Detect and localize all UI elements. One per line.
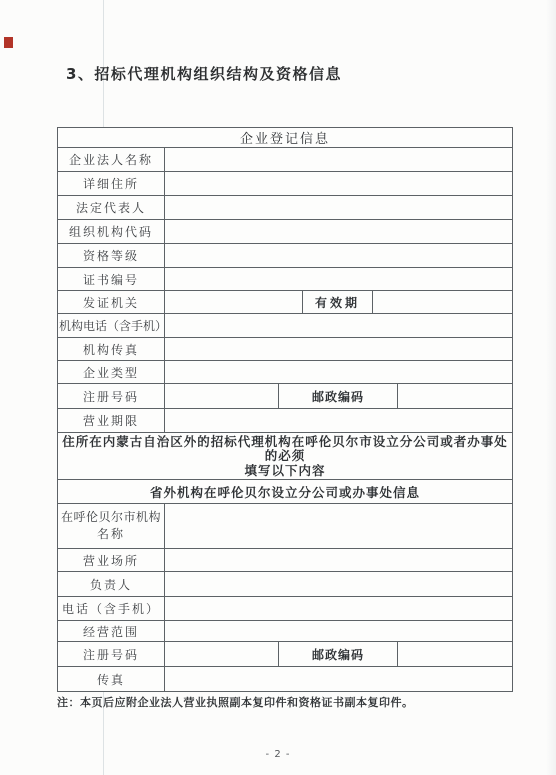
scan-edge-shadow <box>546 0 556 775</box>
row-institution-phone: 机构电话（含手机） <box>58 314 512 338</box>
field-value-validity-period <box>373 291 512 313</box>
field-value-person-in-charge <box>165 572 512 596</box>
field-value-issuing-authority <box>165 291 303 313</box>
field-label-branch-phone: 电话（含手机） <box>58 597 165 620</box>
row-certificate-number: 证书编号 <box>58 268 512 291</box>
row-legal-representative: 法定代表人 <box>58 196 512 220</box>
field-label-certificate-number: 证书编号 <box>58 268 165 290</box>
row-institution-fax: 机构传真 <box>58 338 512 361</box>
field-value-enterprise-type <box>165 361 512 383</box>
attachment-footnote: 注：本页后应附企业法人营业执照副本复印件和资格证书副本复印件。 <box>57 694 517 710</box>
field-label-qualification-level: 资格等级 <box>58 244 165 267</box>
row-business-term: 营业期限 <box>58 409 512 433</box>
row-person-in-charge: 负责人 <box>58 572 512 597</box>
branch-requirement-note-line1: 住所在内蒙古自治区外的招标代理机构在呼伦贝尔市设立分公司或者办事处的必须 <box>62 435 508 464</box>
row-branch-fax: 传真 <box>58 667 512 691</box>
section-title: 3、招标代理机构组织结构及资格信息 <box>66 63 342 84</box>
table-header-branch-info-text: 省外机构在呼伦贝尔设立分公司或办事处信息 <box>150 483 420 501</box>
field-label-postal-code: 邮政编码 <box>279 384 398 408</box>
scanned-form-page: 3、招标代理机构组织结构及资格信息 企业登记信息 企业法人名称 详细住所 法定代… <box>0 0 556 775</box>
branch-requirement-note-line2: 填写以下内容 <box>244 464 325 478</box>
row-branch-requirement-note: 住所在内蒙古自治区外的招标代理机构在呼伦贝尔市设立分公司或者办事处的必须 填写以… <box>58 433 512 480</box>
field-value-branch-name <box>165 504 512 548</box>
field-label-branch-name-line1: 在呼伦贝尔市机构 <box>61 511 161 524</box>
row-organization-code: 组织机构代码 <box>58 220 512 244</box>
table-header-enterprise-registration: 企业登记信息 <box>58 128 512 148</box>
field-value-institution-phone <box>165 314 512 337</box>
field-value-detailed-address <box>165 172 512 195</box>
field-value-legal-representative <box>165 196 512 219</box>
row-detailed-address: 详细住所 <box>58 172 512 196</box>
field-label-issuing-authority: 发证机关 <box>58 291 165 313</box>
field-label-branch-registration-number: 注册号码 <box>58 642 165 666</box>
field-label-validity-period: 有效期 <box>303 291 373 313</box>
field-label-institution-phone: 机构电话（含手机） <box>58 314 165 337</box>
field-label-detailed-address: 详细住所 <box>58 172 165 195</box>
field-label-organization-code: 组织机构代码 <box>58 220 165 243</box>
row-business-scope: 经营范围 <box>58 621 512 642</box>
field-value-postal-code <box>398 384 512 408</box>
field-label-branch-postal-code: 邮政编码 <box>279 642 398 666</box>
table-header-text: 企业登记信息 <box>240 128 330 147</box>
row-branch-name: 在呼伦贝尔市机构 名称 <box>58 504 512 549</box>
field-label-legal-representative: 法定代表人 <box>58 196 165 219</box>
field-value-institution-fax <box>165 338 512 360</box>
field-value-business-scope <box>165 621 512 641</box>
row-registration-number-postal-code: 注册号码 邮政编码 <box>58 384 512 409</box>
field-value-branch-registration-number <box>165 642 279 666</box>
field-value-organization-code <box>165 220 512 243</box>
field-label-branch-name-line2: 名称 <box>97 528 125 541</box>
field-value-qualification-level <box>165 244 512 267</box>
field-label-registration-number: 注册号码 <box>58 384 165 408</box>
branch-requirement-note: 住所在内蒙古自治区外的招标代理机构在呼伦贝尔市设立分公司或者办事处的必须 填写以… <box>58 433 512 479</box>
field-label-business-scope: 经营范围 <box>58 621 165 641</box>
field-label-person-in-charge: 负责人 <box>58 572 165 596</box>
row-qualification-level: 资格等级 <box>58 244 512 268</box>
row-legal-person-name: 企业法人名称 <box>58 148 512 172</box>
field-label-business-term: 营业期限 <box>58 409 165 432</box>
field-label-business-premises: 营业场所 <box>58 549 165 571</box>
field-label-branch-fax: 传真 <box>58 667 165 691</box>
scan-artifact-red-mark <box>4 37 13 48</box>
field-label-enterprise-type: 企业类型 <box>58 361 165 383</box>
field-value-branch-postal-code <box>398 642 512 666</box>
field-label-institution-fax: 机构传真 <box>58 338 165 360</box>
page-number: - 2 - <box>0 749 556 760</box>
field-label-branch-name: 在呼伦贝尔市机构 名称 <box>58 504 165 548</box>
field-label-legal-person-name: 企业法人名称 <box>58 148 165 171</box>
field-value-business-premises <box>165 549 512 571</box>
row-enterprise-type: 企业类型 <box>58 361 512 384</box>
row-business-premises: 营业场所 <box>58 549 512 572</box>
field-value-legal-person-name <box>165 148 512 171</box>
field-value-registration-number <box>165 384 279 408</box>
row-branch-phone: 电话（含手机） <box>58 597 512 621</box>
field-value-branch-fax <box>165 667 512 691</box>
row-branch-registration-number-postal-code: 注册号码 邮政编码 <box>58 642 512 667</box>
enterprise-registration-table: 企业登记信息 企业法人名称 详细住所 法定代表人 组织机构代码 资格等级 证书编… <box>57 127 513 692</box>
field-value-branch-phone <box>165 597 512 620</box>
row-issuing-authority-validity: 发证机关 有效期 <box>58 291 512 314</box>
field-value-business-term <box>165 409 512 432</box>
field-value-certificate-number <box>165 268 512 290</box>
table-header-branch-info: 省外机构在呼伦贝尔设立分公司或办事处信息 <box>58 480 512 504</box>
